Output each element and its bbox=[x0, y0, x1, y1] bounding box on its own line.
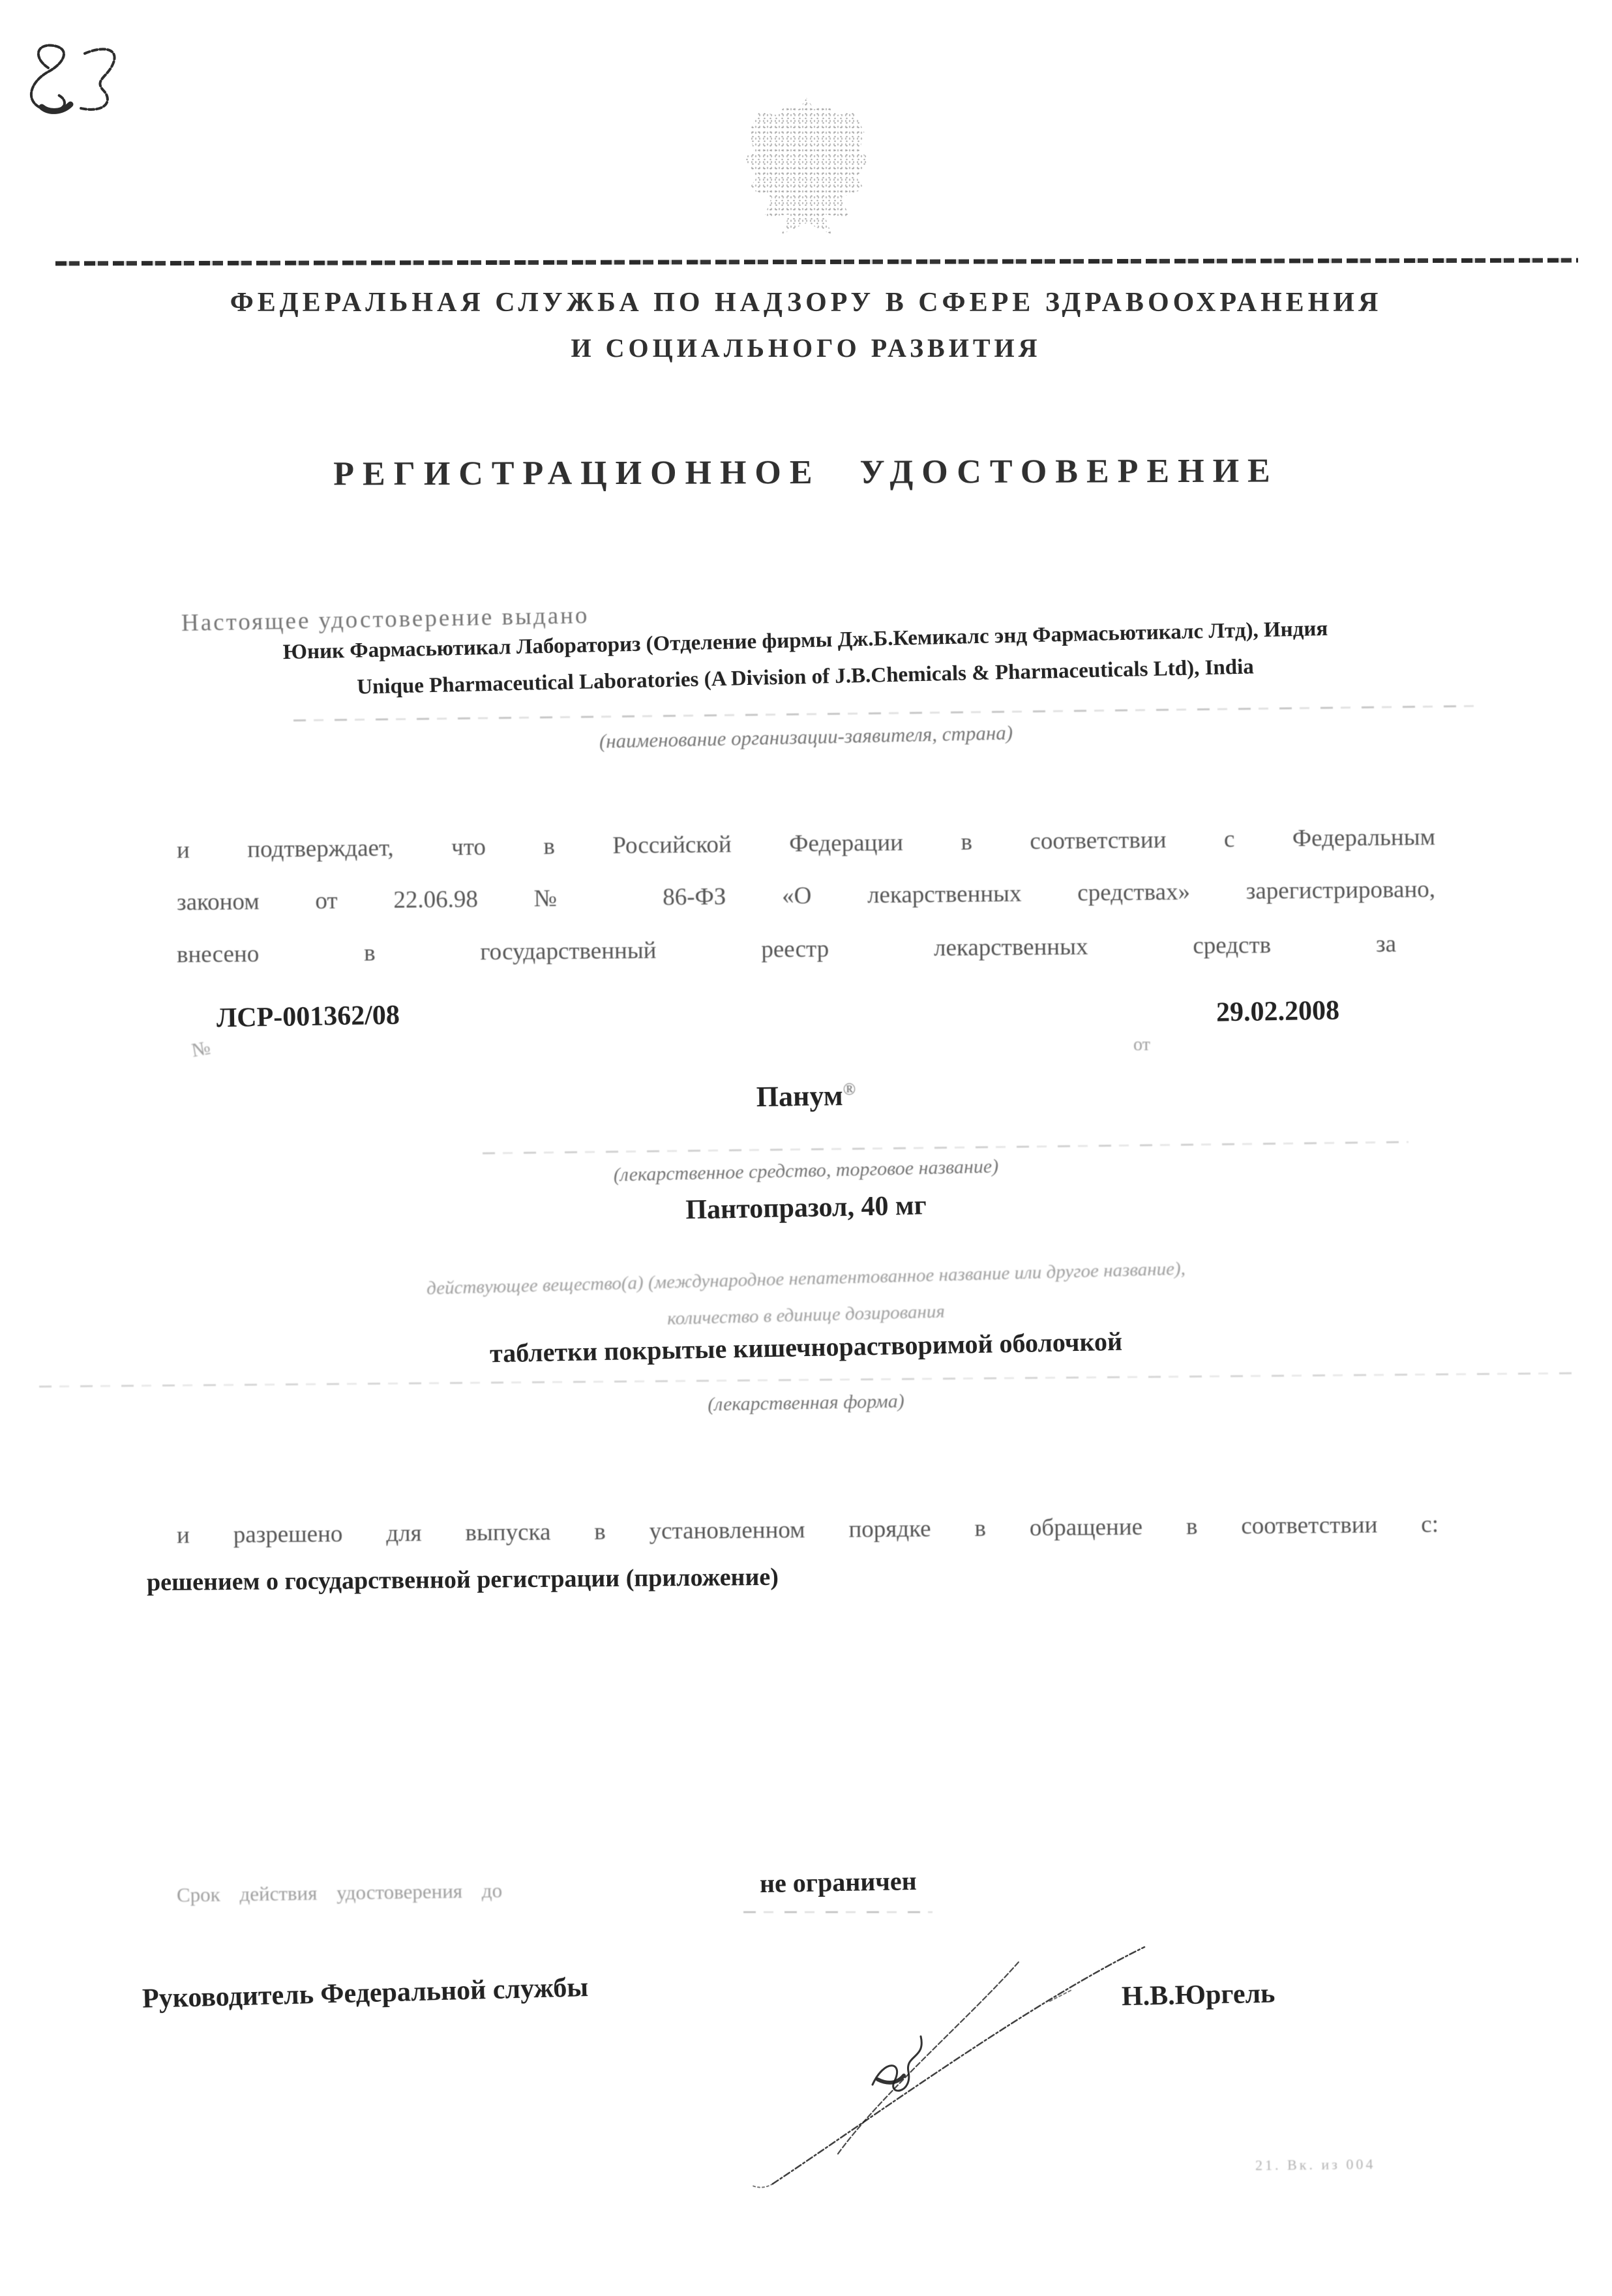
registered-trademark-icon: ® bbox=[843, 1080, 856, 1098]
body-line3: внесено в государственный реестр лекарст… bbox=[177, 930, 1396, 969]
validity-label: Срок действия удостоверения до bbox=[177, 1879, 503, 1907]
reg-number: ЛСР-001362/08 bbox=[216, 1000, 400, 1035]
reg-from-label: от bbox=[1133, 1035, 1150, 1055]
signer-title: Руководитель Федеральной службы bbox=[142, 1972, 588, 2015]
issued-to-label: Настоящее удостоверение выдано bbox=[181, 601, 590, 637]
registration-certificate-page: ФЕДЕРАЛЬНАЯ СЛУЖБА ПО НАДЗОРУ В СФЕРЕ ЗД… bbox=[0, 0, 1612, 2296]
release-line1: и разрешено для выпуска в установленном … bbox=[177, 1511, 1439, 1550]
body-line1: и подтверждает, что в Российской Федерац… bbox=[177, 823, 1435, 864]
validity-value: не ограничен bbox=[760, 1865, 917, 1899]
reg-date: 29.02.2008 bbox=[1216, 995, 1340, 1028]
handwritten-mark-85 bbox=[8, 34, 151, 125]
signer-name: Н.В.Юргель bbox=[1122, 1978, 1276, 2013]
agency-name-line2: И СОЦИАЛЬНОГО РАЗВИТИЯ bbox=[0, 333, 1612, 363]
signature-scribble bbox=[717, 1924, 1174, 2205]
release-line2: решением о государственной регистрации (… bbox=[147, 1563, 779, 1597]
coat-of-arms-emblem-icon bbox=[744, 98, 869, 240]
trade-name: Панум® bbox=[177, 1071, 1436, 1122]
dosage-form-caption: (лекарственная форма) bbox=[177, 1381, 1435, 1425]
reg-number-prefix: № bbox=[190, 1037, 212, 1062]
footer-note: 21. Вк. из 004 bbox=[1255, 2156, 1376, 2174]
body-line2: законом от 22.06.98 № 86-ФЗ «О лекарстве… bbox=[177, 875, 1435, 916]
document-title: РЕГИСТРАЦИОННОЕ УДОСТОВЕРЕНИЕ bbox=[0, 451, 1612, 495]
agency-name-line1: ФЕДЕРАЛЬНАЯ СЛУЖБА ПО НАДЗОРУ В СФЕРЕ ЗД… bbox=[0, 287, 1612, 318]
header-divider-rule bbox=[55, 258, 1578, 266]
scan-artifact-line bbox=[743, 1911, 933, 1913]
trade-name-text: Панум bbox=[756, 1080, 843, 1113]
